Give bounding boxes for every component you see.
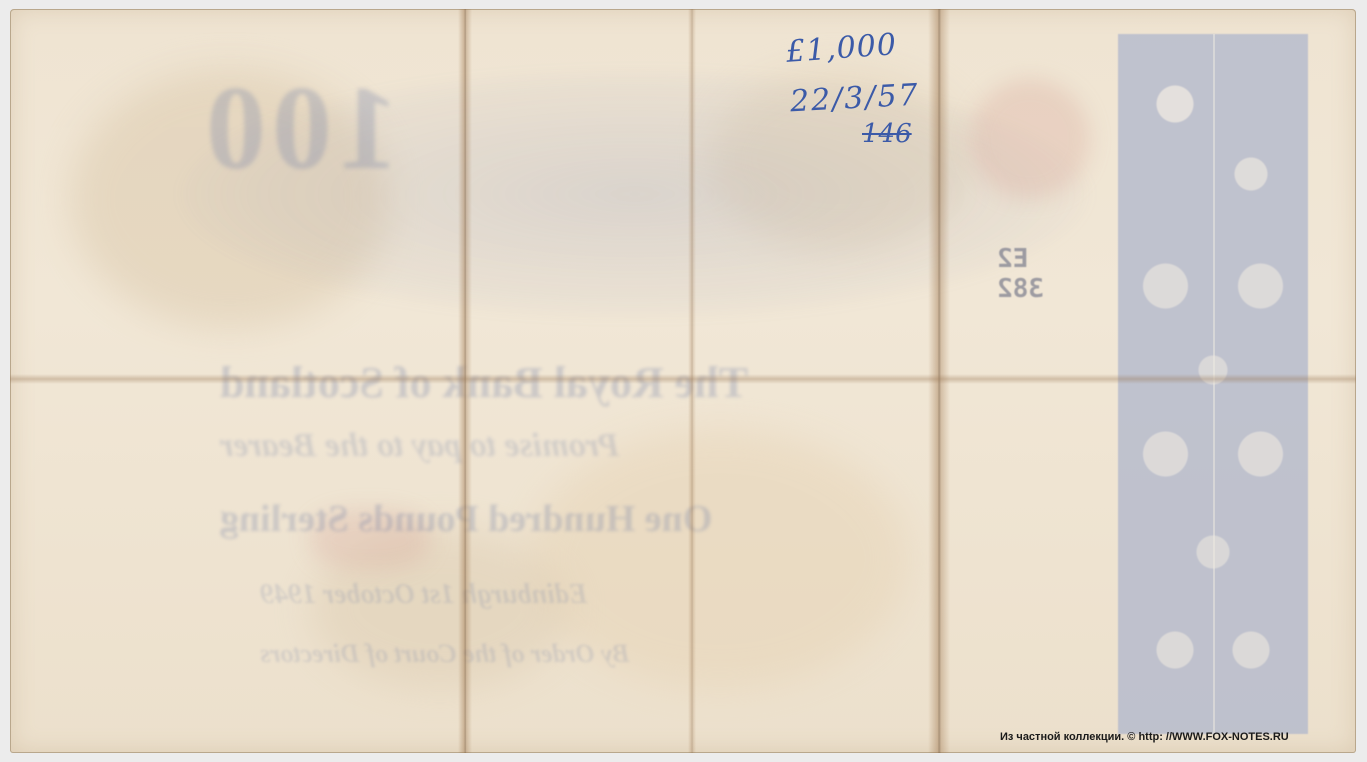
panel-crease bbox=[1213, 34, 1215, 734]
serial-digits: 382 bbox=[997, 274, 1044, 304]
show-through-order-line: By Order of the Court of Directors bbox=[260, 639, 630, 669]
show-through-tint bbox=[970, 79, 1090, 199]
banknote-reverse: 100 The Royal Bank of Scotland Promise t… bbox=[10, 9, 1356, 753]
show-through-numeral: 100 bbox=[200, 59, 398, 197]
pencil-struck-number: 146 bbox=[862, 119, 912, 149]
pencil-amount: £1,000 bbox=[785, 27, 898, 70]
horizontal-fold bbox=[10, 374, 1356, 384]
show-through-place-date: Edinburgh 1st October 1949 bbox=[260, 579, 588, 611]
collection-caption: Из частной коллекции. © http: //WWW.FOX-… bbox=[1000, 731, 1289, 743]
pencil-date: 22/3/57 bbox=[789, 78, 920, 120]
show-through-promise: Promise to pay to the Bearer bbox=[220, 427, 619, 465]
serial-prefix: E2 bbox=[997, 244, 1044, 274]
serial-number: E2 382 bbox=[997, 244, 1044, 304]
